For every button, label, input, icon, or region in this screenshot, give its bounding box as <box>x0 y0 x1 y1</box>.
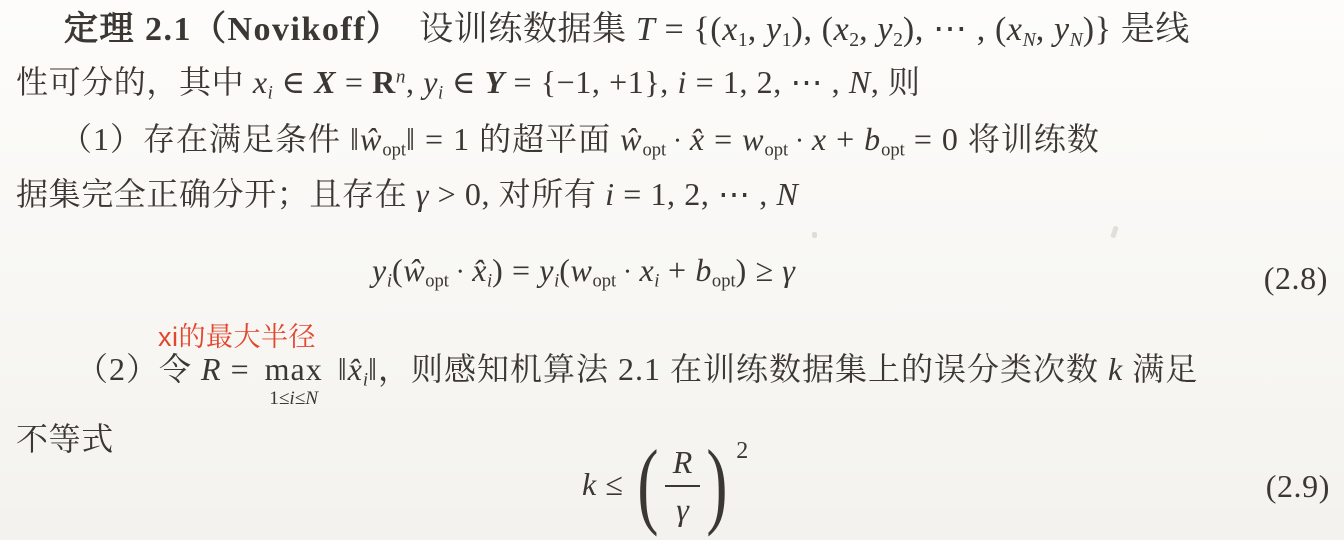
text-run: ‖ = 1 的超平面 <box>406 121 620 157</box>
text-run: y <box>877 11 893 48</box>
text-run: ≤ <box>597 466 632 502</box>
equation-2-8: yi(ŵopt•x̂i) = yi(wopt•xi + bopt) ≥ γ <box>372 252 795 292</box>
exponent: 2 <box>736 438 748 465</box>
text-run: （2）令 <box>76 351 201 387</box>
text-run: γ <box>416 176 429 212</box>
scan-artifact <box>812 232 817 238</box>
text-run: ‖ <box>329 351 348 387</box>
max-operator: max1≤i≤N <box>265 353 323 408</box>
text-run: i <box>605 176 615 212</box>
text-run: = 1, 2, ⋯ , <box>615 176 777 212</box>
text-run: N <box>1023 29 1036 51</box>
fraction: Rγ <box>665 444 701 525</box>
text-run: ) = <box>492 252 539 288</box>
fraction-numerator: R <box>665 444 701 487</box>
text-run: 2 <box>849 29 859 51</box>
text-run: , 则 <box>871 64 921 100</box>
text-run: , <box>748 11 766 48</box>
text-run: x <box>722 11 738 48</box>
text-run: 设训练数据集 <box>385 11 636 48</box>
text-run: ), ⋯ , ( <box>903 11 1007 48</box>
text-run: ), ( <box>792 11 834 48</box>
theorem-statement-line-2: 性可分的，其中 xi ∈ X = Rn, yi ∈ Y = {−1, +1}, … <box>16 64 921 104</box>
text-run: = <box>705 121 742 157</box>
text-run: = 0 将训练数 <box>905 121 1100 157</box>
open-paren: ( <box>637 436 658 532</box>
text-run: b <box>695 252 712 288</box>
text-run: y <box>372 252 387 288</box>
handwritten-annotation: xi的最大半径 <box>158 315 316 354</box>
text-run: γ <box>782 252 795 288</box>
text-run: = <box>336 64 372 100</box>
text-run: 性可分的，其中 <box>16 64 253 100</box>
text-run: N <box>776 176 798 212</box>
text-run: x̂ <box>472 252 487 288</box>
text-run: N <box>305 388 318 409</box>
text-run: x̂ <box>690 121 705 157</box>
text-run: x <box>253 64 268 100</box>
text-run: ( <box>559 252 570 288</box>
text-run: x <box>639 252 654 288</box>
claim-2-line-1: （2）令 R = max1≤i≤N ‖x̂i‖，则感知机算法 2.1 在训练数据… <box>76 351 1198 408</box>
equation-2-9: k ≤ (Rγ)2 <box>582 436 748 532</box>
text-run: x <box>834 11 850 48</box>
fraction-denominator: γ <box>676 487 689 525</box>
text-run: opt <box>881 140 905 161</box>
equation-2-8-label: (2.8) <box>1264 260 1328 298</box>
text-run: ŵ <box>360 121 382 157</box>
max-operator-label: max <box>265 353 323 385</box>
text-run: R <box>372 64 396 100</box>
text-run: x̂ <box>348 351 363 387</box>
textbook-page: 定理 2.1（Novikoff） 设训练数据集 T = {(x1, y1), (… <box>0 0 1344 540</box>
text-run: 定理 2.1（Novikoff） <box>64 11 385 48</box>
text-run: opt <box>592 271 616 292</box>
text-run: = 1, 2, ⋯ , <box>687 64 849 100</box>
text-run: k <box>582 466 597 502</box>
claim-1-line-2: 据集完全正确分开；且存在 γ > 0, 对所有 i = 1, 2, ⋯ , N <box>16 176 798 214</box>
text-run: b <box>864 121 881 157</box>
text-run: = <box>222 351 259 387</box>
theorem-heading-line: 定理 2.1（Novikoff） 设训练数据集 T = {(x1, y1), (… <box>64 10 1190 52</box>
text-run: ŵ <box>403 252 425 288</box>
text-run: ‖，则感知机算法 2.1 在训练数据集上的误分类次数 <box>368 351 1108 387</box>
text-run: opt <box>642 140 666 161</box>
text-run: R <box>201 351 222 387</box>
text-run: • <box>675 133 681 148</box>
text-run: y <box>766 11 782 48</box>
claim-2-prefix: （2）令 R = <box>76 351 259 387</box>
text-run: • <box>797 133 803 148</box>
text-run: 1 <box>782 29 792 51</box>
text-run: opt <box>764 140 788 161</box>
text-run: X <box>314 64 336 100</box>
scan-artifact <box>1110 226 1118 239</box>
text-run: , <box>1036 11 1054 48</box>
text-run: w <box>571 252 593 288</box>
text-run: k <box>1108 351 1123 387</box>
text-run: i <box>678 64 688 100</box>
text-run: N <box>849 64 871 100</box>
text-run: 1 <box>738 29 748 51</box>
text-run: 2 <box>893 29 903 51</box>
text-run: 1≤ <box>269 388 289 409</box>
text-run: N <box>1070 29 1083 51</box>
text-run: ŵ <box>620 121 642 157</box>
text-run: opt <box>382 140 406 161</box>
text-run: , <box>859 11 877 48</box>
text-run: + <box>827 121 864 157</box>
text-run: ∈ <box>443 64 485 100</box>
text-run: w <box>742 121 764 157</box>
equation-2-9-label: (2.9) <box>1266 468 1330 506</box>
text-run: y <box>1054 11 1070 48</box>
text-run: T <box>636 11 656 48</box>
max-operator-limits: 1≤i≤N <box>269 389 318 408</box>
claim-2-suffix: ‖x̂i‖，则感知机算法 2.1 在训练数据集上的误分类次数 k 满足 <box>329 351 1199 387</box>
text-run: 据集完全正确分开；且存在 <box>16 176 416 212</box>
text-run: = {−1, +1}, <box>505 64 678 100</box>
text-run: y <box>539 252 554 288</box>
text-run: + <box>659 252 695 288</box>
text-run: Y <box>485 64 505 100</box>
text-run: y <box>423 64 438 100</box>
text-run: （1）存在满足条件 ‖ <box>60 121 360 157</box>
text-run: ∈ <box>273 64 315 100</box>
text-run: opt <box>712 271 736 292</box>
close-paren: ) <box>707 436 728 532</box>
text-run: • <box>625 264 630 279</box>
text-run: ( <box>392 252 403 288</box>
text-run: 满足 <box>1123 351 1198 387</box>
text-run: n <box>396 66 406 87</box>
claim-1-line-1: （1）存在满足条件 ‖ŵopt‖ = 1 的超平面 ŵopt•x̂ = wopt… <box>60 121 1100 161</box>
text-run: )} 是线 <box>1083 11 1190 48</box>
equation-2-9-lhs: k ≤ <box>582 466 632 503</box>
text-run: opt <box>425 271 449 292</box>
text-run: • <box>458 264 463 279</box>
text-run: , <box>406 64 423 100</box>
text-run: > 0, 对所有 <box>429 176 605 212</box>
text-run: = {( <box>655 11 722 48</box>
text-run: ≤ <box>295 388 306 409</box>
text-run: x <box>1007 11 1023 48</box>
text-run: ) ≥ <box>736 252 783 288</box>
text-run: x <box>812 121 827 157</box>
claim-2-line-2: 不等式 <box>16 421 114 459</box>
